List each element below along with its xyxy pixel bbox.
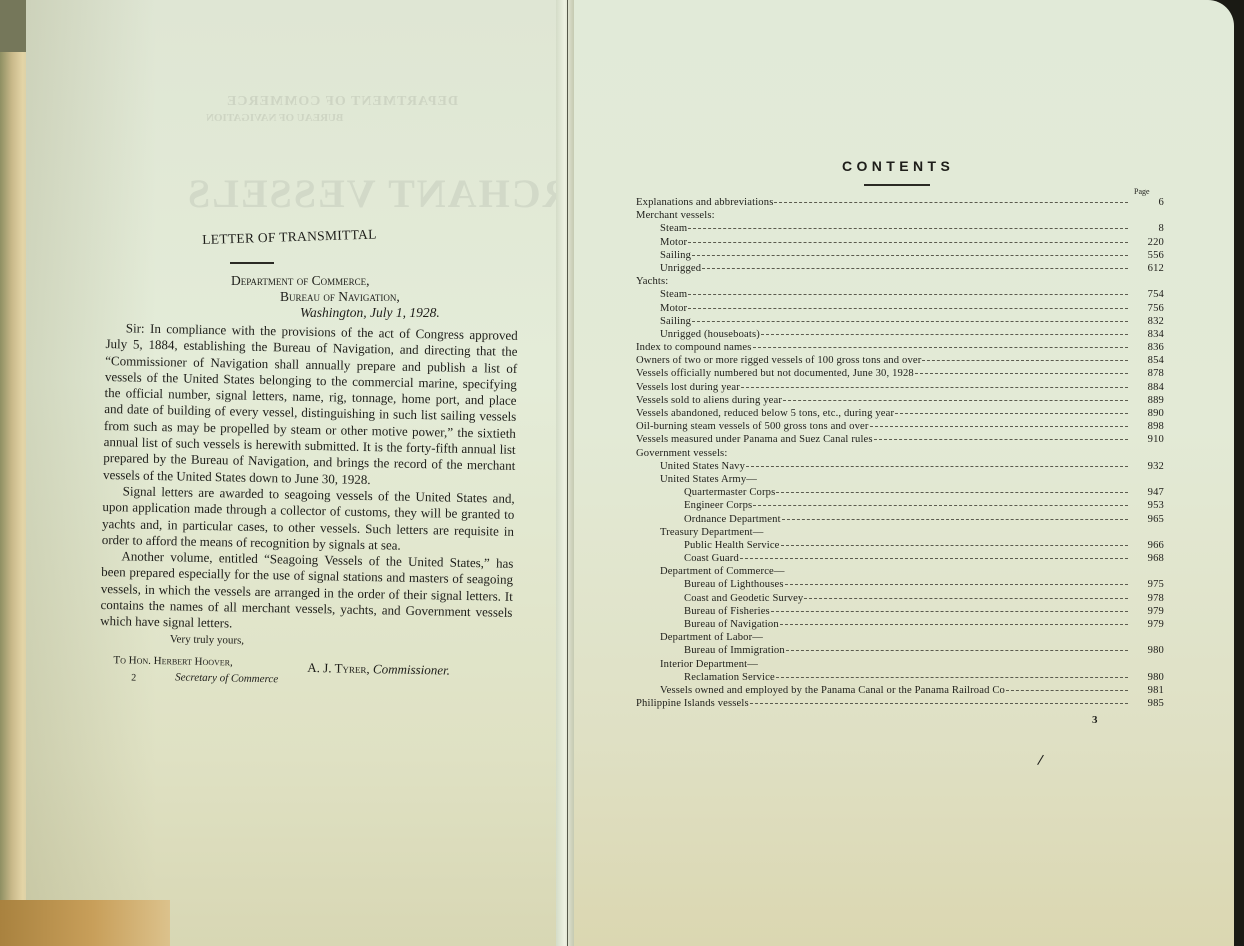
toc-entry-label: Engineer Corps [684,499,752,512]
toc-entry-page: 953 [1134,499,1164,512]
signer-title: Commissioner. [373,661,450,677]
toc-entry: Bureau of Immigration980 [636,644,1164,657]
address-line: Bureau of Navigation, [280,289,400,305]
page-column-label: Page [1134,187,1150,196]
toc-entry: Vessels sold to aliens during year889 [636,394,1164,407]
toc-entry: Government vessels: [636,447,1164,460]
toc-entry-label: Quartermaster Corps [684,486,775,499]
toc-entry-page: 220 [1134,236,1164,249]
dot-leader [804,598,1128,599]
toc-entry: Public Health Service966 [636,539,1164,552]
toc-entry-label: Motor [660,236,687,249]
title-rule [230,262,274,264]
letter-of-transmittal: LETTER OF TRANSMITTAL Department of Comm… [26,0,562,946]
dot-leader [874,439,1128,440]
toc-entry-label: Bureau of Lighthouses [684,578,784,591]
toc-entry: Engineer Corps953 [636,499,1164,512]
toc-entry: Sailing556 [636,249,1164,262]
signer-name: A. J. Tyrer, [307,660,370,676]
toc-entry: Steam8 [636,222,1164,235]
toc-entry-page: 981 [1134,684,1164,697]
toc-entry-page: 612 [1134,262,1164,275]
dot-leader [688,242,1128,243]
toc-entry-label: Steam [660,288,687,301]
pencil-mark: / [1036,752,1044,771]
right-page: CONTENTS Page Explanations and abbreviat… [574,0,1234,946]
toc-entry-page: 890 [1134,407,1164,420]
toc-entry: Motor756 [636,302,1164,315]
dot-leader [688,294,1128,295]
toc-entry-label: Index to compound names [636,341,752,354]
toc-entry: Department of Commerce— [636,565,1164,578]
toc-entry-page: 898 [1134,420,1164,433]
dot-leader [915,373,1128,374]
signer: A. J. Tyrer, Commissioner. [307,660,450,679]
toc-entry-label: Sailing [660,249,691,262]
toc-entry: United States Navy932 [636,460,1164,473]
toc-entry-page: 980 [1134,644,1164,657]
toc-entry-page: 979 [1134,618,1164,631]
toc-entry-label: Oil-burning steam vessels of 500 gross t… [636,420,869,433]
dot-leader [781,545,1128,546]
toc-entry-page: 985 [1134,697,1164,710]
toc-entry: Explanations and abbreviations6 [636,196,1164,209]
toc-entry-label: Coast and Geodetic Survey [684,592,803,605]
toc-entry-label: United States Navy [660,460,745,473]
toc-entry-page: 965 [1134,513,1164,526]
toc-entry-label: Owners of two or more rigged vessels of … [636,354,921,367]
toc-entry-label: Ordnance Department [684,513,781,526]
toc-entry-label: Merchant vessels: [636,209,715,222]
address-line: Department of Commerce, [231,273,370,289]
address-date: Washington, July 1, 1928. [300,305,440,321]
toc-entry-label: Vessels abandoned, reduced below 5 tons,… [636,407,894,420]
toc-entry: Index to compound names836 [636,341,1164,354]
toc-entry-page: 889 [1134,394,1164,407]
toc-entry: Vessels owned and employed by the Panama… [636,684,1164,697]
toc-entry-label: Government vessels: [636,447,727,460]
toc-entry-label: Sailing [660,315,691,328]
toc-entry: Motor220 [636,236,1164,249]
toc-entry-page: 884 [1134,381,1164,394]
toc-entry: Steam754 [636,288,1164,301]
toc-entry-page: 754 [1134,288,1164,301]
toc-entry-label: Unrigged (houseboats) [660,328,760,341]
paragraph: Another volume, entitled “Seagoing Vesse… [100,548,513,637]
left-page: DEPARTMENT OF COMMERCE BUREAU OF NAVIGAT… [26,0,562,946]
toc-entry-label: Reclamation Service [684,671,775,684]
toc-entry-label: Bureau of Fisheries [684,605,770,618]
toc-entry: Bureau of Fisheries979 [636,605,1164,618]
toc-entry: Owners of two or more rigged vessels of … [636,354,1164,367]
toc-entry-label: Department of Labor— [660,631,763,644]
gutter-crease [567,0,568,946]
dot-leader [761,334,1128,335]
toc-entry: United States Army— [636,473,1164,486]
toc-entry-page: 980 [1134,671,1164,684]
page-number: 2 [131,672,136,683]
toc-entry-label: Yachts: [636,275,668,288]
toc-entry-label: Public Health Service [684,539,780,552]
dot-leader [785,584,1128,585]
toc-entry: Ordnance Department965 [636,513,1164,526]
dot-leader [782,519,1128,520]
toc-entry: Bureau of Lighthouses975 [636,578,1164,591]
toc-entry-page: 832 [1134,315,1164,328]
dot-leader [741,387,1128,388]
toc-entry-page: 975 [1134,578,1164,591]
toc-entry: Oil-burning steam vessels of 500 gross t… [636,420,1164,433]
toc-entry: Sailing832 [636,315,1164,328]
toc-entry-label: Explanations and abbreviations [636,196,773,209]
toc-entry-page: 836 [1134,341,1164,354]
toc-entry: Yachts: [636,275,1164,288]
toc-entry-page: 556 [1134,249,1164,262]
toc-entry-label: Motor [660,302,687,315]
toc-entry: Unrigged (houseboats)834 [636,328,1164,341]
toc-entry-page: 878 [1134,367,1164,380]
dot-leader [688,308,1128,309]
toc-entry: Coast Guard968 [636,552,1164,565]
recipient-title: Secretary of Commerce [175,671,278,685]
dot-leader [922,360,1128,361]
letter-body: Sir: In compliance with the provisions o… [99,320,518,695]
paragraph: Sir: In compliance with the provisions o… [103,320,518,491]
toc-entry-page: 6 [1134,196,1164,209]
toc-entry-page: 979 [1134,605,1164,618]
toc-entry-label: Coast Guard [684,552,739,565]
title-rule [864,184,930,186]
toc-entry-page: 978 [1134,592,1164,605]
toc-entry-label: Vessels sold to aliens during year [636,394,782,407]
contents-title: CONTENTS [842,158,954,174]
toc-entry-label: Philippine Islands vessels [636,697,749,710]
toc-entry: Treasury Department— [636,526,1164,539]
toc-entry-page: 756 [1134,302,1164,315]
dot-leader [776,492,1128,493]
dot-leader [750,703,1128,704]
dot-leader [692,321,1128,322]
dot-leader [776,677,1128,678]
dot-leader [786,650,1128,651]
dot-leader [774,202,1128,203]
dot-leader [780,624,1128,625]
dot-leader [771,611,1128,612]
toc-entry: Reclamation Service980 [636,671,1164,684]
toc-entry: Quartermaster Corps947 [636,486,1164,499]
toc-entry: Vessels officially numbered but not docu… [636,367,1164,380]
toc-entry: Department of Labor— [636,631,1164,644]
table-of-contents: Explanations and abbreviations6Merchant … [636,196,1164,710]
toc-entry: Philippine Islands vessels985 [636,697,1164,710]
toc-entry-label: Vessels lost during year [636,381,740,394]
cover-edge-bottom [0,900,170,946]
toc-entry: Merchant vessels: [636,209,1164,222]
toc-entry-label: Bureau of Navigation [684,618,779,631]
toc-entry-page: 834 [1134,328,1164,341]
toc-entry-page: 854 [1134,354,1164,367]
toc-entry-page: 968 [1134,552,1164,565]
toc-entry: Vessels lost during year884 [636,381,1164,394]
toc-entry-label: Vessels measured under Panama and Suez C… [636,433,873,446]
toc-entry-label: Unrigged [660,262,701,275]
toc-entry-page: 932 [1134,460,1164,473]
toc-entry-page: 947 [1134,486,1164,499]
toc-entry-label: Department of Commerce— [660,565,785,578]
toc-entry-page: 966 [1134,539,1164,552]
dot-leader [688,228,1128,229]
toc-entry-label: United States Army— [660,473,757,486]
dot-leader [753,505,1128,506]
toc-entry: Interior Department— [636,658,1164,671]
dot-leader [1006,690,1128,691]
toc-entry-label: Bureau of Immigration [684,644,785,657]
dot-leader [702,268,1128,269]
paragraph: Signal letters are awarded to seagoing v… [102,483,515,556]
toc-entry: Bureau of Navigation979 [636,618,1164,631]
toc-entry-label: Vessels officially numbered but not docu… [636,367,914,380]
recipient: To Hon. Herbert Hoover, [113,654,233,668]
letter-title: LETTER OF TRANSMITTAL [202,227,377,248]
signature-block: To Hon. Herbert Hoover, Secretary of Com… [99,648,512,696]
dot-leader [895,413,1128,414]
toc-entry: Unrigged612 [636,262,1164,275]
dot-leader [753,347,1128,348]
dot-leader [740,558,1128,559]
dot-leader [692,255,1128,256]
toc-entry: Vessels measured under Panama and Suez C… [636,433,1164,446]
toc-entry: Coast and Geodetic Survey978 [636,592,1164,605]
toc-entry-page: 8 [1134,222,1164,235]
toc-entry-label: Steam [660,222,687,235]
book-spread: DEPARTMENT OF COMMERCE BUREAU OF NAVIGAT… [0,0,1244,946]
toc-entry: Vessels abandoned, reduced below 5 tons,… [636,407,1164,420]
dot-leader [783,400,1128,401]
toc-entry-label: Interior Department— [660,658,758,671]
dot-leader [746,466,1128,467]
dot-leader [870,426,1128,427]
toc-entry-label: Treasury Department— [660,526,764,539]
toc-entry-label: Vessels owned and employed by the Panama… [660,684,1005,697]
page-number: 3 [1092,714,1098,726]
toc-entry-page: 910 [1134,433,1164,446]
